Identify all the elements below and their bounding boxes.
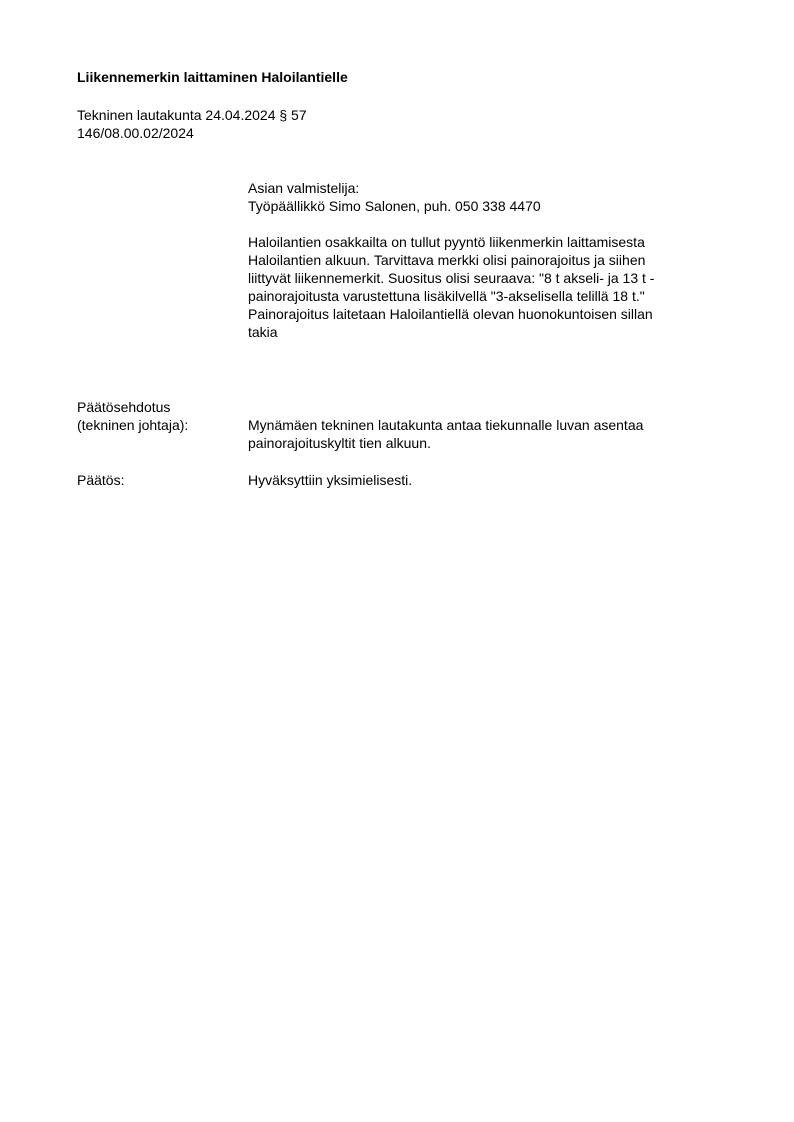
description-line: Haloilantien osakkailta on tullut pyyntö… bbox=[248, 233, 718, 251]
preparer-label: Asian valmistelija: bbox=[248, 179, 359, 197]
proposal-line: painorajoituskyltit tien alkuun. bbox=[248, 434, 718, 452]
proposal-label-line2: (tekninen johtaja): bbox=[77, 416, 188, 434]
proposal-line: Mynämäen tekninen lautakunta antaa tieku… bbox=[248, 416, 718, 434]
record-number: 146/08.00.02/2024 bbox=[77, 124, 194, 142]
description-paragraph: Haloilantien osakkailta on tullut pyyntö… bbox=[248, 233, 718, 341]
document-title: Liikennemerkin laittaminen Haloilantiell… bbox=[77, 68, 348, 86]
meeting-line: Tekninen lautakunta 24.04.2024 § 57 bbox=[77, 106, 307, 124]
decision-label: Päätös: bbox=[77, 471, 124, 489]
description-line: takia bbox=[248, 323, 718, 341]
preparer-value: Työpäällikkö Simo Salonen, puh. 050 338 … bbox=[248, 197, 541, 215]
description-line: Painorajoitus laitetaan Haloilantiellä o… bbox=[248, 305, 718, 323]
description-line: liittyvät liikennemerkit. Suositus olisi… bbox=[248, 269, 718, 287]
description-line: Haloilantien alkuun. Tarvittava merkki o… bbox=[248, 251, 718, 269]
description-line: painorajoitusta varustettuna lisäkilvell… bbox=[248, 287, 718, 305]
proposal-label-line1: Päätösehdotus bbox=[77, 398, 170, 416]
decision-value: Hyväksyttiin yksimielisesti. bbox=[248, 471, 412, 489]
proposal-text: Mynämäen tekninen lautakunta antaa tieku… bbox=[248, 416, 718, 452]
